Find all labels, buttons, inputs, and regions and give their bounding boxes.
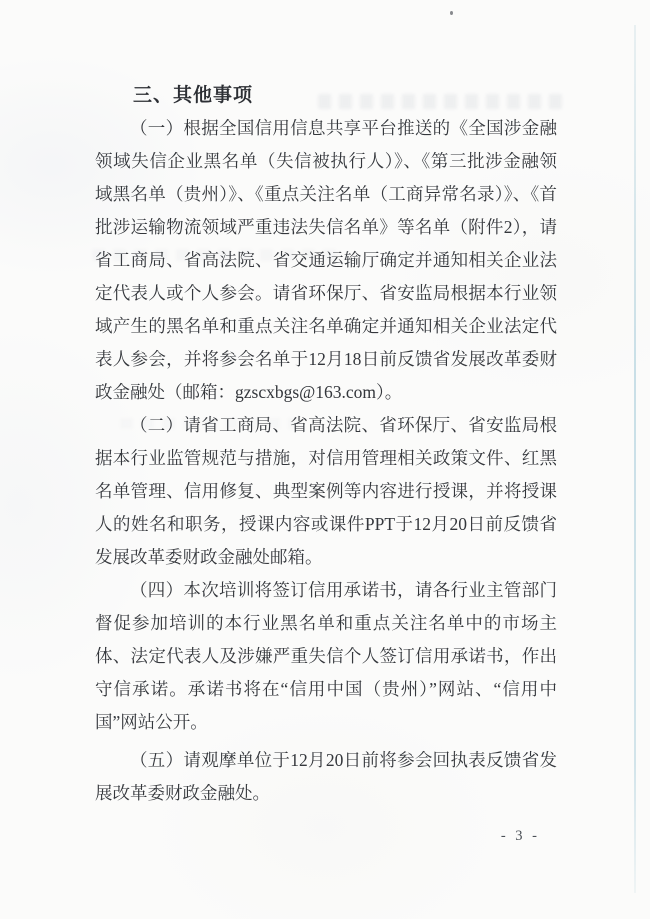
paragraph-item-2: （二）请省工商局、省高法院、省环保厅、省安监局根据本行业监管规范与措施，对信用管… <box>95 409 557 574</box>
paragraph-item-4: （四）本次培训将签订信用承诺书，请各行业主管部门督促参加培训的本行业黑名单和重点… <box>95 574 557 739</box>
scanned-document-page: 三、其他事项 （一）根据全国信用信息共享平台推送的《全国涉金融领域失信企业黑名单… <box>0 0 650 919</box>
scan-speck-artifact <box>450 11 453 15</box>
page-number: - 3 - <box>0 828 540 845</box>
paragraph-item-5: （五）请观摩单位于12月20日前将参会回执表反馈省发展改革委财政金融处。 <box>95 744 557 810</box>
section-title: 三、其他事项 <box>95 79 557 112</box>
paragraph-item-1: （一）根据全国信用信息共享平台推送的《全国涉金融领域失信企业黑名单（失信被执行人… <box>95 112 557 409</box>
scan-edge-line <box>634 25 636 893</box>
document-body: 三、其他事项 （一）根据全国信用信息共享平台推送的《全国涉金融领域失信企业黑名单… <box>95 79 557 810</box>
